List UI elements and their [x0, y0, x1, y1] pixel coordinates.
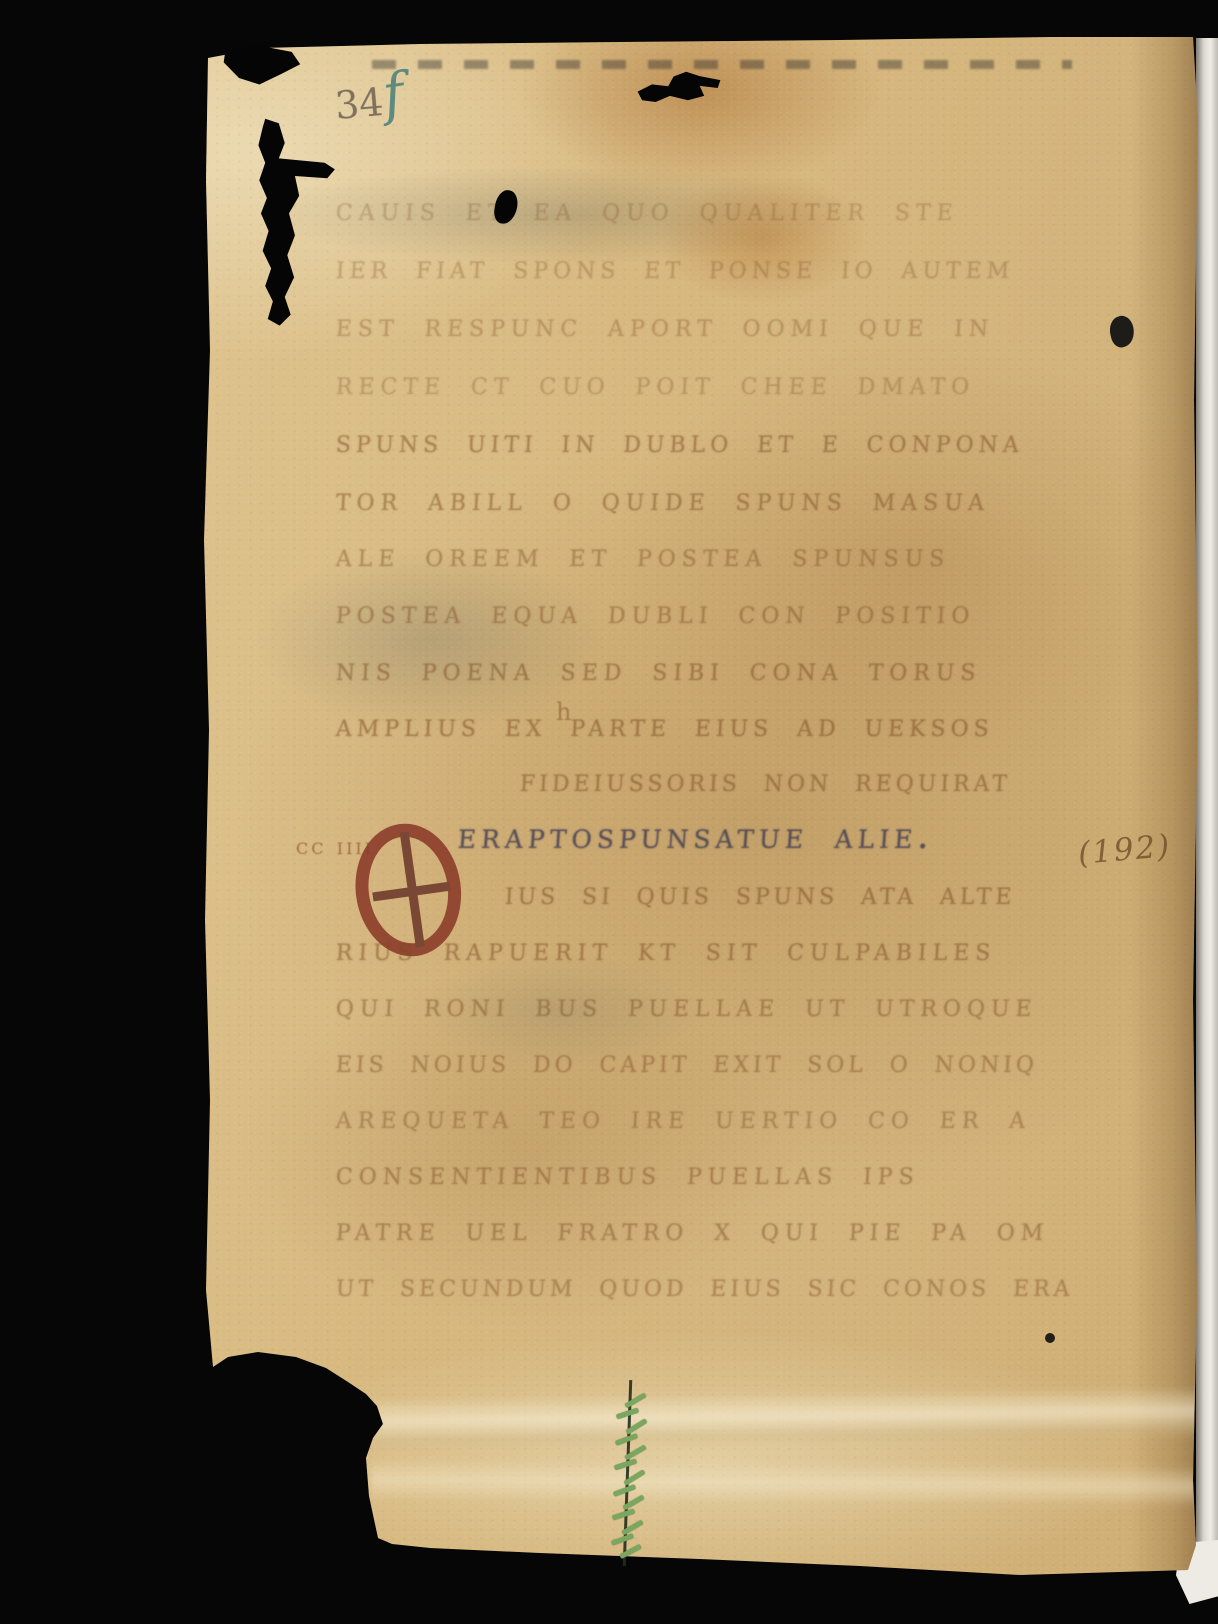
text-line: postea equa dubli con positio	[335, 595, 976, 631]
manuscript-photo: cauis et ea quo qualiter ste ier fiat sp…	[0, 0, 1218, 1624]
text-line: arequeta teo ire uertio co er a	[335, 1100, 1032, 1136]
parchment-texture	[0, 0, 1218, 1624]
pencil-ruling-marks	[372, 60, 1072, 69]
text-line: ut secundum quod eius sic conos era	[335, 1268, 1075, 1304]
text-line: nis poena sed sibi cona torus	[335, 652, 982, 688]
text-line: est respunc aport oomi que in	[335, 308, 995, 344]
text-line: qui roni bus puellae ut utroque	[335, 988, 1039, 1024]
fold-crease	[370, 1458, 1200, 1507]
text-line: spuns uiti in dublo et e conpona	[335, 424, 1025, 460]
rubric-title: eraptospunsatue alie.	[457, 816, 936, 857]
interlinear-correction: h	[556, 698, 571, 726]
text-line: tor abill o quide spuns masua	[335, 482, 991, 518]
text-line: ius si quis spuns ata alte	[504, 876, 1016, 912]
text-line: fideiussoris non requirat	[519, 763, 1012, 799]
text-line: recte ct cuo poit chee dmato	[335, 366, 976, 402]
text-line: ier fiat spons et ponse io autem	[335, 250, 1015, 286]
text-line: amplius ex parte eius ad ueksos	[335, 708, 995, 744]
parchment-leaf	[0, 0, 1218, 1624]
text-line: consentientibus puellas ips	[335, 1156, 921, 1192]
folio-number-pencil: 34	[333, 80, 385, 128]
text-line: eis noius do capit exit sol o noniq	[335, 1044, 1039, 1080]
text-line: rius rapuerit kt sit culpabiles	[335, 932, 997, 968]
book-fore-edge	[1196, 38, 1218, 1558]
text-line: cauis et ea quo qualiter ste	[335, 192, 960, 228]
text-line: ale oreem et postea spunsus	[335, 538, 951, 574]
gutter-shadow	[1130, 36, 1200, 1576]
text-line: patre uel fratro x qui pie pa om	[335, 1212, 1050, 1248]
ink-fleck	[1045, 1333, 1055, 1343]
